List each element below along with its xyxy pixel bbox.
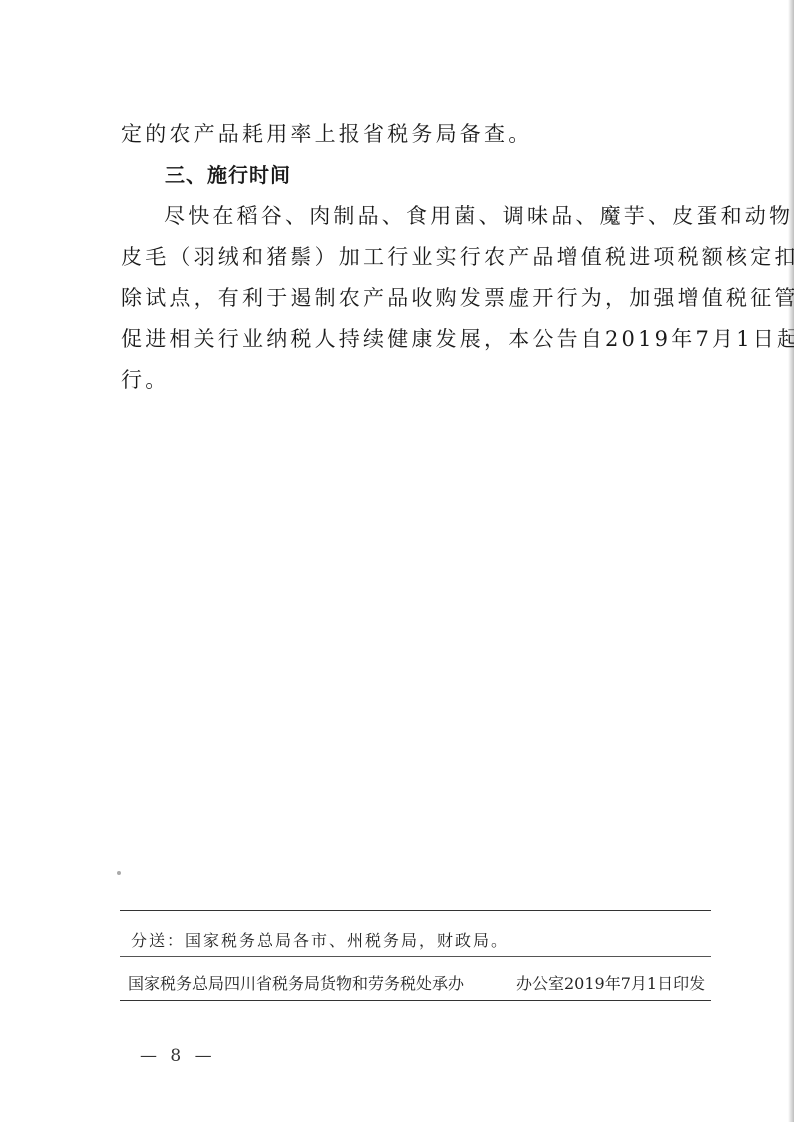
footer-rule-bottom bbox=[120, 1000, 711, 1001]
section-heading: 三、施行时间 bbox=[165, 161, 291, 189]
scan-speck bbox=[117, 871, 121, 875]
handled-by-line: 国家税务总局四川省税务局货物和劳务税处承办 bbox=[128, 973, 464, 995]
paragraph-line-3: 除试点，有利于遏制农产品收购发票虚开行为，加强增值税征管， bbox=[121, 284, 794, 312]
paragraph-line-2: 皮毛（羽绒和猪鬃）加工行业实行农产品增值税进项税额核定扣 bbox=[121, 243, 794, 271]
page-number: — 8 — bbox=[140, 1046, 216, 1066]
paragraph-line-4: 促进相关行业纳税人持续健康发展，本公告自2019年7月1日起施 bbox=[121, 325, 794, 353]
paragraph-line-1: 尽快在稻谷、肉制品、食用菌、调味品、魔芋、皮蛋和动物 bbox=[164, 202, 793, 230]
footer-rule-middle bbox=[120, 956, 711, 957]
paragraph-line-5: 行。 bbox=[121, 366, 169, 394]
issued-date-line: 办公室2019年7月1日印发 bbox=[516, 973, 705, 995]
scan-edge-shadow bbox=[788, 0, 794, 1122]
distribution-line: 分送：国家税务总局各市、州税务局，财政局。 bbox=[131, 930, 509, 952]
footer-rule-top bbox=[120, 910, 711, 911]
body-line-continuation: 定的农产品耗用率上报省税务局备查。 bbox=[121, 120, 532, 148]
